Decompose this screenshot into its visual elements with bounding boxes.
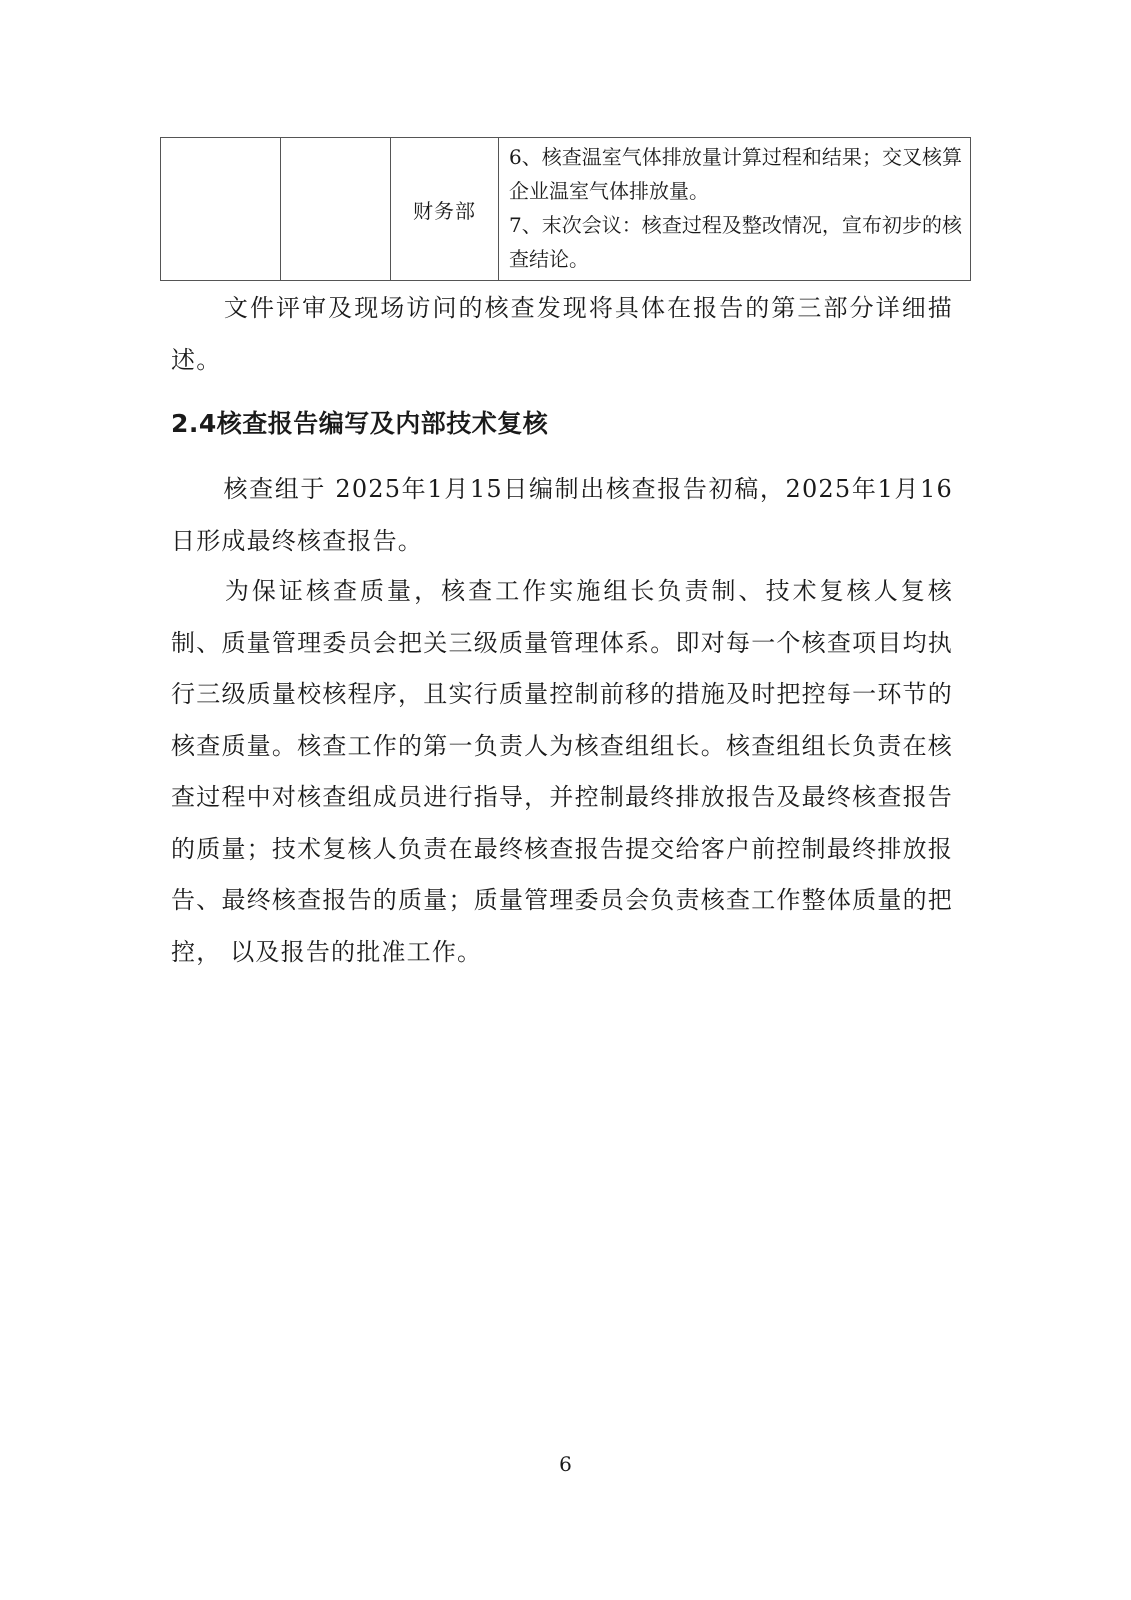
document-page: 财务部 6、核查温室气体排放量计算过程和结果；交叉核算企业温室气体排放量。 7、… xyxy=(0,0,1131,1600)
page-number: 6 xyxy=(0,1452,1131,1476)
paragraph-findings-text: 文件评审及现场访问的核查发现将具体在报告的第三部分详细描述。 xyxy=(171,294,953,374)
paragraph-quality-control-text: 为保证核查质量，核查工作实施组长负责制、技术复核人复核制、质量管理委员会把关三级… xyxy=(171,577,953,966)
section-heading: 2.4核查报告编写及内部技术复核 xyxy=(171,404,548,440)
table-cell-items: 6、核查温室气体排放量计算过程和结果；交叉核算企业温室气体排放量。 7、末次会议… xyxy=(499,138,971,281)
table-cell-department: 财务部 xyxy=(391,138,499,281)
table-cell-empty-2 xyxy=(281,138,391,281)
table-cell-empty-1 xyxy=(161,138,281,281)
paragraph-findings: 文件评审及现场访问的核查发现将具体在报告的第三部分详细描述。 xyxy=(171,283,953,386)
paragraph-report-dates: 核查组于 2025年1月15日编制出核查报告初稿，2025年1月16日形成最终核… xyxy=(171,464,953,567)
paragraph-report-dates-text: 核查组于 2025年1月15日编制出核查报告初稿，2025年1月16日形成最终核… xyxy=(171,475,953,555)
verification-schedule-table: 财务部 6、核查温室气体排放量计算过程和结果；交叉核算企业温室气体排放量。 7、… xyxy=(160,137,971,281)
paragraph-quality-control: 为保证核查质量，核查工作实施组长负责制、技术复核人复核制、质量管理委员会把关三级… xyxy=(171,566,953,978)
table-row: 财务部 6、核查温室气体排放量计算过程和结果；交叉核算企业温室气体排放量。 7、… xyxy=(161,138,971,281)
table-item-7: 7、末次会议：核查过程及整改情况，宣布初步的核查结论。 xyxy=(509,208,962,276)
table-item-6: 6、核查温室气体排放量计算过程和结果；交叉核算企业温室气体排放量。 xyxy=(509,140,962,208)
